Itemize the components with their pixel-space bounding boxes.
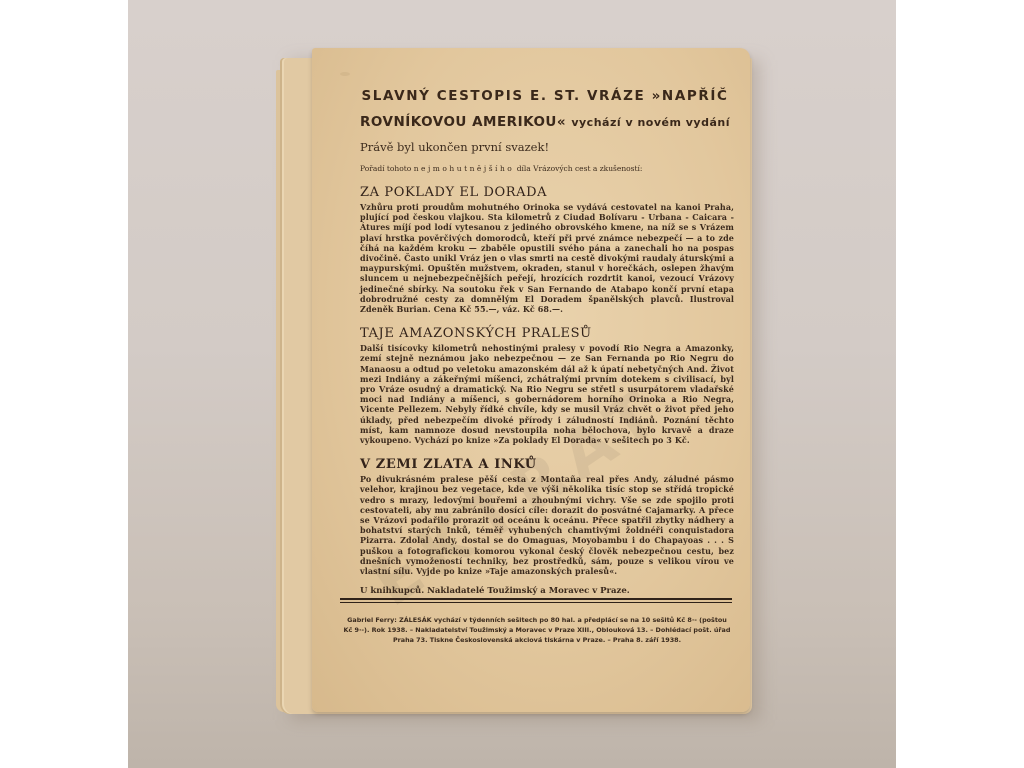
imprint: Gabriel Ferry: ZÁLESÁK vychází v týdenní… — [342, 615, 732, 645]
order-suffix: díla Vrázových cest a zkušeností: — [517, 164, 643, 173]
divider-rule — [340, 602, 732, 603]
paper-stain — [340, 72, 350, 76]
section-body: Po divukrásném pralese pěší cesta z Mont… — [360, 474, 734, 576]
section-heading: TAJE AMAZONSKÝCH PRALESŮ — [360, 326, 734, 341]
headline-line2: ROVNÍKOVOU AMERIKOU« vychází v novém vyd… — [356, 113, 734, 132]
section-body: Vzhůru proti proudům mohutného Orinoka s… — [360, 202, 734, 314]
intro-text: Právě byl ukončen první svazek! — [360, 140, 734, 154]
imprint-title: ZÁLESÁK — [399, 616, 432, 624]
bookshops-note: U knihkupců. Nakladatelé Toužimský a Mor… — [360, 586, 734, 596]
section-heading: V ZEMI ZLATA A INKŮ — [360, 457, 734, 472]
section-heading: ZA POKLADY EL DORADA — [360, 185, 734, 200]
section-body: Další tisícovky kilometrů nehostinými pr… — [360, 343, 734, 445]
headline-line1: SLAVNÝ CESTOPIS E. ST. VRÁZE »NAPŘÍČ — [356, 86, 734, 107]
order-text: Pořadí tohoto nejmohutnějšího díla Vrázo… — [360, 164, 734, 173]
headline-subtitle: vychází v novém vydání — [571, 116, 730, 129]
headline-book-title: ROVNÍKOVOU AMERIKOU« — [360, 114, 566, 130]
imprint-author: Gabriel Ferry: — [347, 616, 397, 624]
divider-rule — [340, 598, 732, 600]
advertisement-text: SLAVNÝ CESTOPIS E. ST. VRÁZE »NAPŘÍČ ROV… — [356, 86, 734, 596]
order-prefix: Pořadí tohoto — [360, 164, 411, 173]
order-spaced: nejmohutnějšího — [414, 164, 515, 173]
